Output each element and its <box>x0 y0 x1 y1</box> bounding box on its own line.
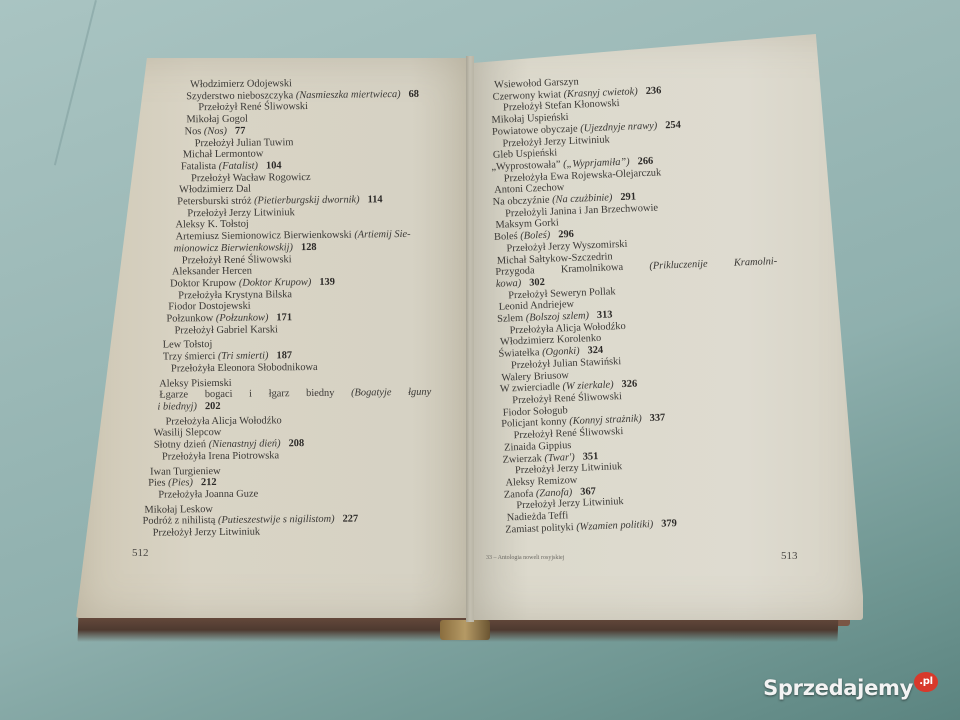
toc-original-title: (Zanofa) <box>536 487 573 499</box>
toc-title: Zamiast polityki <box>505 522 574 536</box>
watermark-tld-badge: .pl <box>914 672 938 692</box>
book-binding-thread <box>440 620 490 640</box>
toc-title: Na obczyźnie <box>492 195 549 208</box>
toc-page-number: 302 <box>529 277 545 289</box>
toc-original-title: kowa) <box>496 278 522 290</box>
toc-page-number: 128 <box>301 242 317 253</box>
toc-page-number: 351 <box>582 451 598 463</box>
toc-original-title: (Nasmieszka miertwieca) <box>296 89 401 101</box>
toc-title: Połzunkow <box>166 313 213 324</box>
toc-page-number: 326 <box>621 379 637 391</box>
toc-title: Doktor Krupow <box>170 278 236 290</box>
toc-original-title: (Fatalist) <box>219 160 258 171</box>
toc-page-number: 114 <box>368 194 383 205</box>
toc-translator: Przełożyła Irena Piotrowska <box>122 448 462 463</box>
toc-original-title: i biednyj) <box>157 401 197 412</box>
toc-page-number: 313 <box>597 309 613 321</box>
toc-title: Trzy śmierci <box>163 351 216 363</box>
toc-page-number: 236 <box>646 85 662 97</box>
toc-page-number: 187 <box>276 350 292 361</box>
right-page-toc: Wsiewołod Garszyn Czerwony kwiat (Krasny… <box>488 68 805 536</box>
toc-page-number: 227 <box>343 514 359 525</box>
toc-original-title: (Ujezdnyje nrawy) <box>580 120 657 134</box>
toc-translator: Przełożyła Joanna Guze <box>122 486 462 501</box>
toc-word: Łgarze <box>159 390 188 402</box>
toc-title: Słotny dzień <box>154 439 206 451</box>
toc-original-title: (Pietierburgskij dwornik) <box>254 195 360 207</box>
toc-page-number: 68 <box>409 89 420 100</box>
toc-page-number: 291 <box>620 191 636 203</box>
toc-page-number: 171 <box>276 312 292 323</box>
toc-original-title: (Artiemij Sie- <box>354 229 410 241</box>
toc-word: i <box>249 389 252 401</box>
toc-title: Szlem <box>497 313 523 325</box>
toc-title: Podróż z nihilistą <box>143 515 216 527</box>
toc-page-number: 296 <box>558 229 574 241</box>
toc-original-title: (Tri smierti) <box>218 351 269 363</box>
toc-title: Zanofa <box>504 488 534 500</box>
toc-original-title: (Doktor Krupow) <box>239 277 312 289</box>
toc-page-number: 208 <box>288 438 304 449</box>
toc-word: Kramolnikowa <box>561 262 624 276</box>
toc-title: Petersburski stróż <box>177 196 251 208</box>
toc-word: Kramolni- <box>734 256 778 269</box>
toc-original-title: (Konnyj strażnik) <box>569 414 642 428</box>
toc-title: Fatalista <box>181 161 216 172</box>
printer-signature: 33 – Antologia noweli rosyjskiej <box>486 555 564 561</box>
toc-original-title: (Nienastnyj dień) <box>209 438 281 450</box>
toc-word: (Prikluczenije <box>649 259 708 273</box>
toc-title: Światełka <box>498 347 539 360</box>
left-page-toc: Włodzimierz Odojewski Szyderstwo niebosz… <box>118 76 463 539</box>
left-page-number: 512 <box>132 547 149 559</box>
toc-page-number: 212 <box>201 477 217 488</box>
toc-title-line: i biednyj)202 <box>121 398 461 413</box>
toc-page-number: 367 <box>580 486 596 498</box>
toc-word: łgarz <box>269 389 290 401</box>
toc-page-number: 254 <box>665 119 681 131</box>
toc-page-number: 139 <box>319 277 335 288</box>
toc-page-number: 324 <box>587 345 603 357</box>
toc-page-number: 202 <box>205 401 221 412</box>
toc-title: Szyderstwo nieboszczyka <box>186 90 293 102</box>
toc-original-title: (Putieszestwije s nigilistom) <box>218 514 335 526</box>
toc-page-number: 104 <box>266 160 282 171</box>
toc-original-title: (Nos) <box>204 126 227 137</box>
background-crease <box>54 0 97 165</box>
toc-title: Zwierzak <box>502 453 542 465</box>
toc-original-title: (Twar') <box>544 451 575 463</box>
toc-translator: Przełożyła Eleonora Słobodnikowa <box>121 360 461 375</box>
book-gutter <box>466 56 474 622</box>
toc-word: łguny <box>408 387 431 399</box>
watermark-brand: Sprzedajemy <box>763 676 913 700</box>
toc-word: biedny <box>306 388 334 400</box>
toc-page-number: 379 <box>661 518 677 530</box>
toc-original-title: mionowicz Bierwienkowskij) <box>174 242 293 254</box>
toc-title: Boleś <box>494 231 518 243</box>
toc-title: Nos <box>184 126 201 137</box>
toc-page-number: 77 <box>235 125 246 136</box>
toc-original-title: (Boleś) <box>520 230 550 242</box>
toc-word: (Bogatyje <box>351 387 392 399</box>
toc-original-title: (Połzunkow) <box>216 313 269 325</box>
toc-original-title: (Wzamien politiki) <box>576 519 653 533</box>
watermark-logo: Sprzedajemy .pl <box>763 676 938 700</box>
toc-word: bogaci <box>205 389 233 401</box>
toc-title: Pies <box>148 478 165 489</box>
toc-original-title: (Ogonki) <box>542 346 580 358</box>
toc-page-number: 266 <box>637 156 653 168</box>
toc-original-title: (Pies) <box>168 477 193 488</box>
toc-page-number: 337 <box>649 413 665 425</box>
right-page-number: 513 <box>781 550 798 562</box>
toc-title: Artemiusz Siemionowicz Bierwienkowski <box>176 230 352 243</box>
